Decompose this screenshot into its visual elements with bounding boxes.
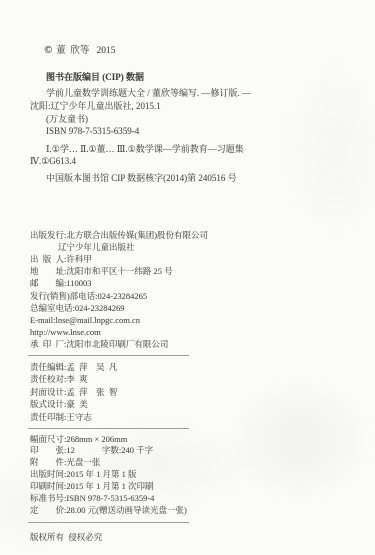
spec-row: 印 张:12字数:240 千字 <box>30 445 357 457</box>
copyright-symbol-icon: © <box>44 45 52 56</box>
cip-description: 学前儿童数学训练题大全 / 董欣等编写. —修订版. — 沈阳:辽宁少年儿童出版… <box>30 87 357 137</box>
cip-heading: 图书在版编目 (CIP) 数据 <box>30 71 357 84</box>
cip-record-number: 中国版本图书馆 CIP 数据核字(2014)第 240516 号 <box>30 172 357 185</box>
copyright-notice: 版权所有 侵权必究 <box>30 531 357 543</box>
cip-classification-line: Ⅳ.①G613.4 <box>30 155 357 168</box>
divider <box>28 428 189 429</box>
cip-isbn-line: ISBN 978-7-5315-6359-4 <box>30 125 357 138</box>
spec-price-row: 定 价:28.00 元(赠送动画导读光盘一张) <box>30 505 357 517</box>
publisher-row: 出版发行:北方联合出版传媒(集团)股份有限公司 <box>30 229 357 241</box>
cip-description-line: 沈阳:辽宁少年儿童出版社, 2015.1 <box>30 100 357 113</box>
spec-row: 幅面尺寸:268mm × 206mm <box>30 434 357 446</box>
cip-classification-line: Ⅰ.①学… Ⅱ.①董… Ⅲ.①数学课—学前教育—习题集 <box>30 143 357 156</box>
publisher-website-row: http://www.lnse.com <box>30 326 357 338</box>
editorial-row: 责任编辑:孟 萍 吴 凡 <box>30 361 357 374</box>
publisher-row: 邮 编:110003 <box>30 277 357 289</box>
spec-isbn-row: 标准书号:ISBN 978-7-5315-6359-4 <box>30 493 357 505</box>
cip-classification: Ⅰ.①学… Ⅱ.①董… Ⅲ.①数学课—学前教育—习题集 Ⅳ.①G613.4 <box>30 143 357 168</box>
publisher-row: 出 版 人:许科甲 <box>30 253 357 265</box>
cip-block: ©董 欣等 2015 图书在版编目 (CIP) 数据 学前儿童数学训练题大全 /… <box>30 32 357 185</box>
editorial-block: 责任编辑:孟 萍 吴 凡 责任校对:李 爽 封面设计:孟 萍 张 智 版式设计:… <box>30 361 357 424</box>
copyright-page: ©董 欣等 2015 图书在版编目 (CIP) 数据 学前儿童数学训练题大全 /… <box>0 0 375 555</box>
spec-row: 印刷时间:2015 年 1 月第 1 次印刷 <box>30 481 357 493</box>
publisher-email-row: E-mail:lnse@mail.lnpgc.com.cn <box>30 314 357 326</box>
spec-row: 出版时间:2015 年 1 月第 1 版 <box>30 469 357 481</box>
publisher-block: 出版发行:北方联合出版传媒(集团)股份有限公司 辽宁少年儿童出版社 出 版 人:… <box>30 229 357 351</box>
print-spec-block: 幅面尺寸:268mm × 206mm 印 张:12字数:240 千字 附 件:光… <box>30 434 357 517</box>
cip-description-line: (万友童书) <box>30 113 357 126</box>
publisher-row: 辽宁少年儿童出版社 <box>30 241 357 253</box>
copyright-line: ©董 欣等 2015 <box>30 32 357 70</box>
editorial-row: 责任校对:李 爽 <box>30 373 357 386</box>
publisher-row: 承 印 厂:沈阳市北陵印刷厂有限公司 <box>30 338 357 350</box>
publisher-row: 发行(销售)部电话:024-23284265 <box>30 290 357 302</box>
editorial-row: 责任印制:王守志 <box>30 411 357 424</box>
divider <box>28 355 189 356</box>
publisher-row: 地 址:沈阳市和平区十一纬路 25 号 <box>30 265 357 277</box>
editorial-row: 封面设计:孟 萍 张 智 <box>30 386 357 399</box>
word-count: 字数:240 千字 <box>102 445 153 457</box>
spec-row: 附 件:光盘一张 <box>30 457 357 469</box>
sheet-count: 印 张:12 <box>30 445 75 455</box>
divider <box>28 522 189 523</box>
copyright-holder-text: 董 欣等 2015 <box>56 46 115 56</box>
publisher-row: 总编室电话:024-23284269 <box>30 302 357 314</box>
editorial-row: 版式设计:豪 美 <box>30 398 357 411</box>
cip-description-line: 学前儿童数学训练题大全 / 董欣等编写. —修订版. — <box>30 87 357 100</box>
